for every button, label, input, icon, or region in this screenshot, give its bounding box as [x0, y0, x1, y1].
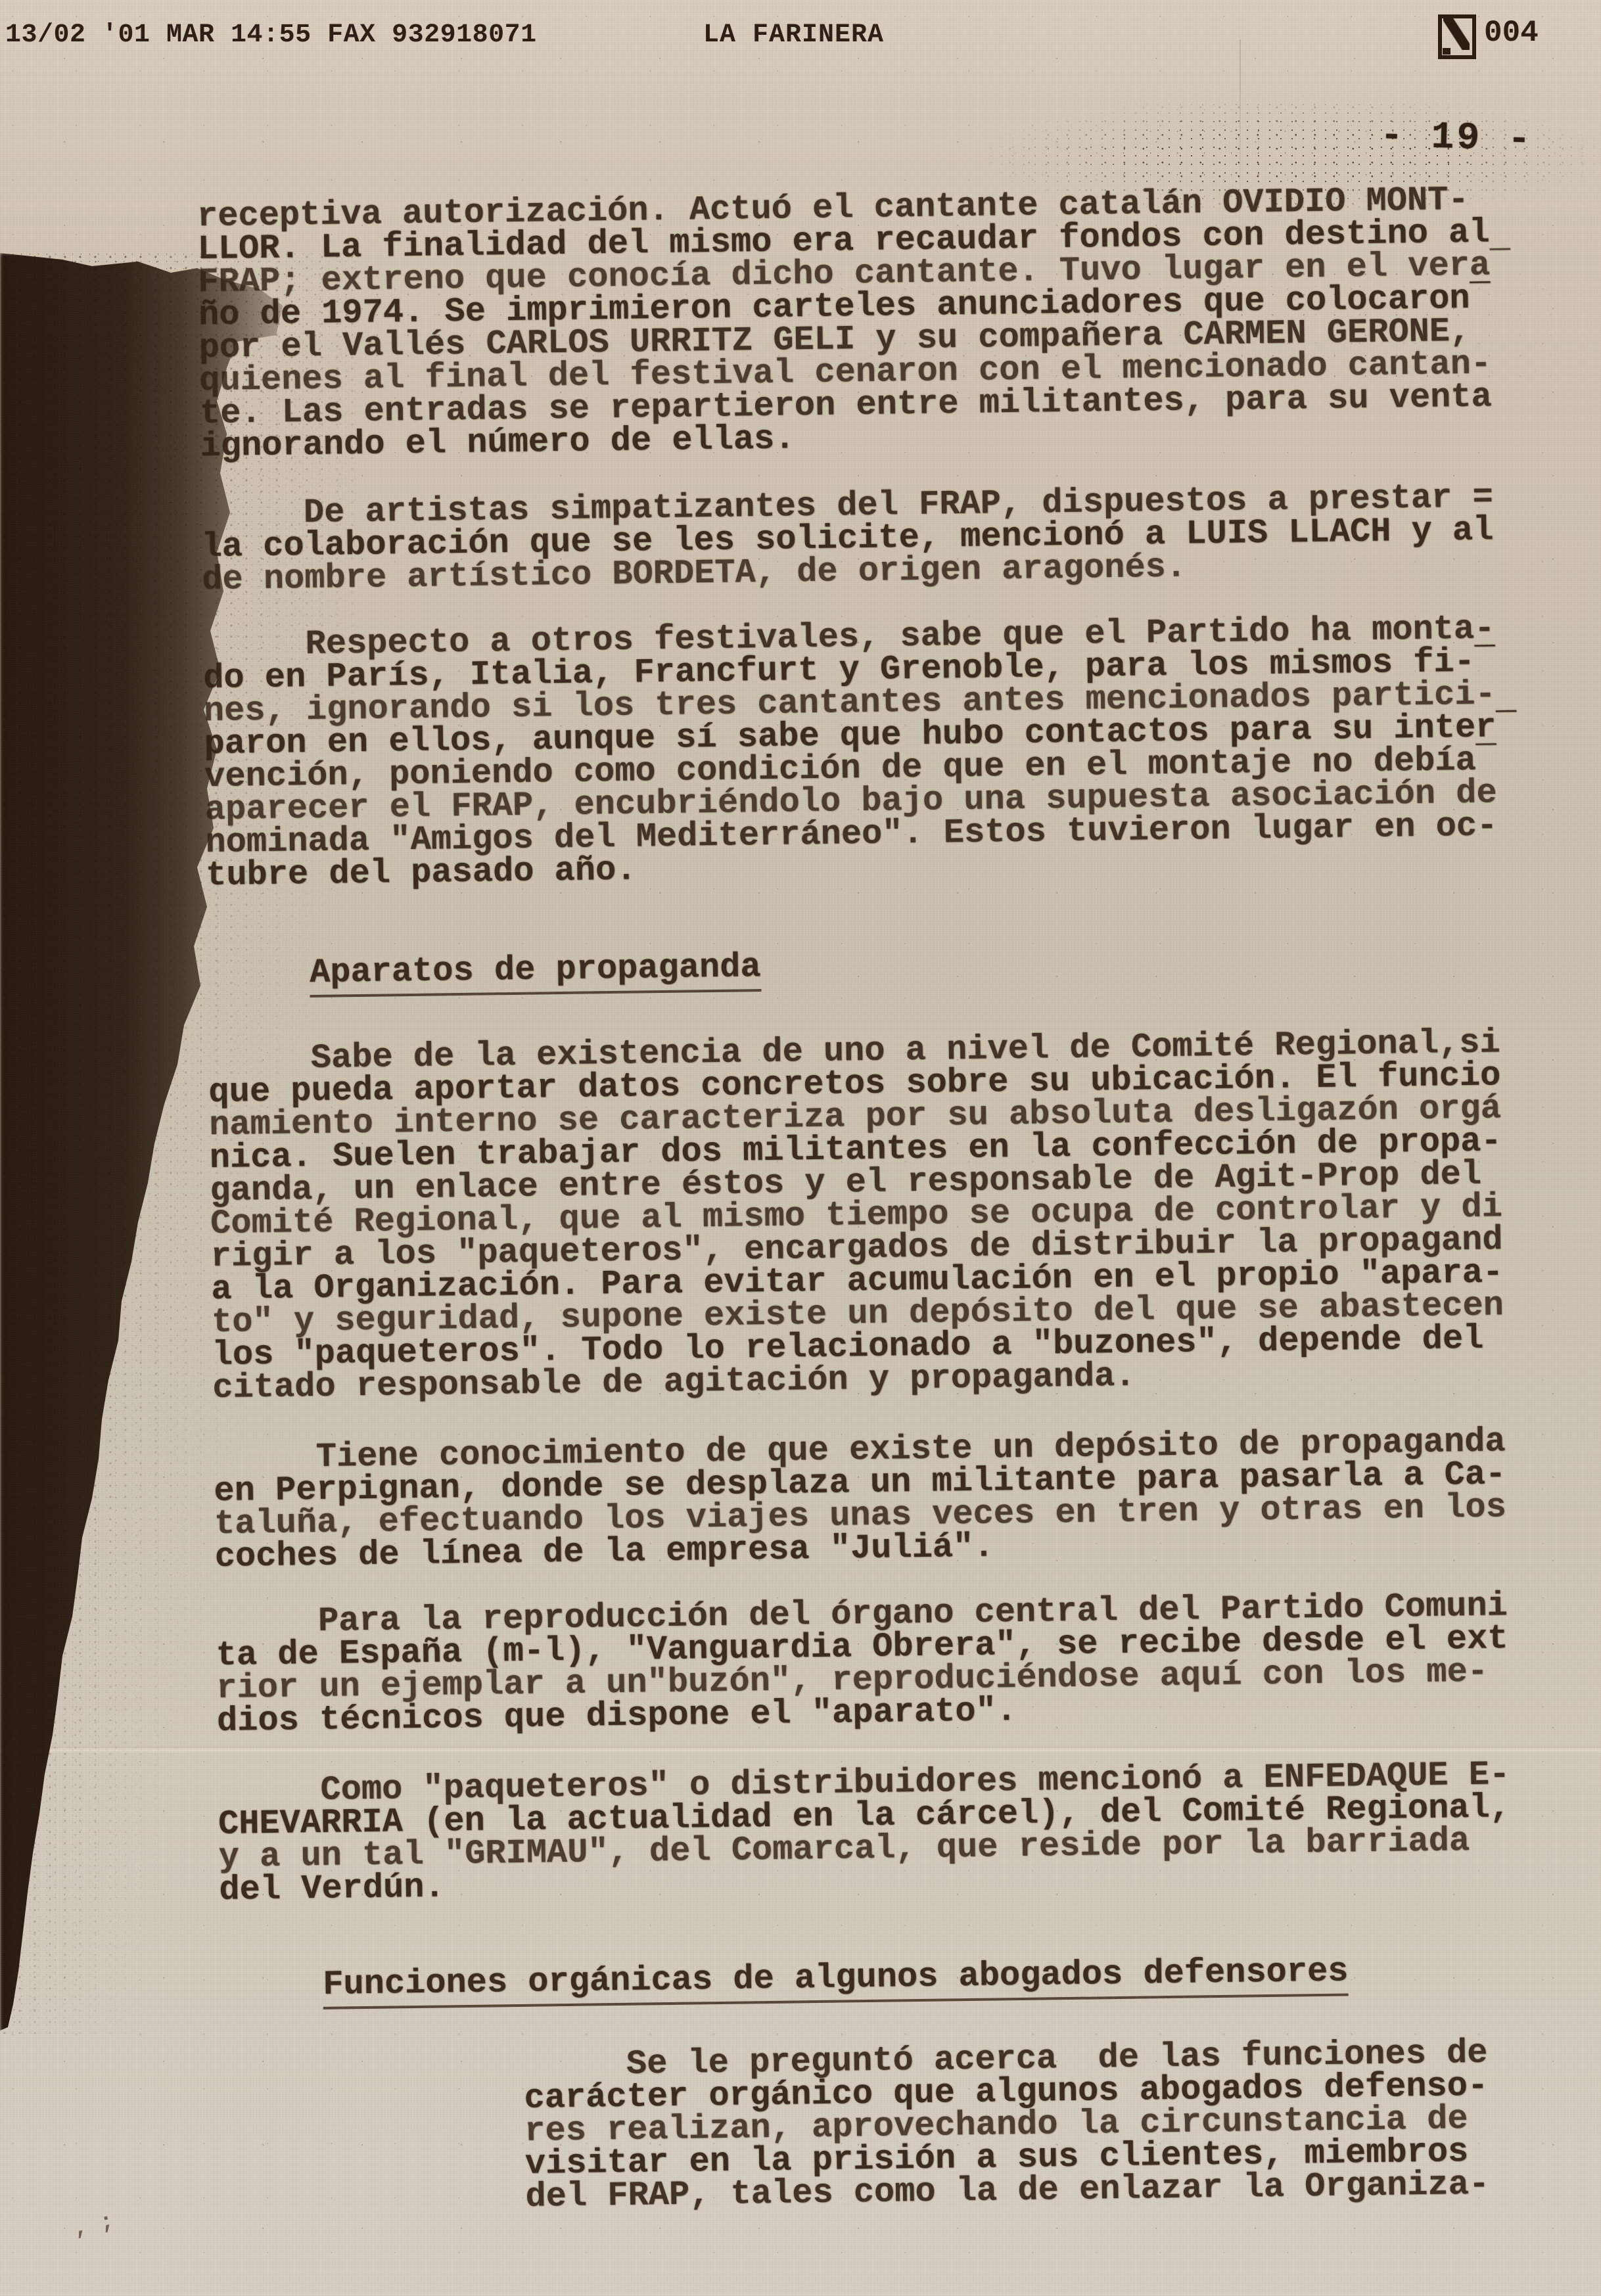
fax-sender-name: LA FARINERA	[703, 20, 884, 51]
scanned-fax-page: { "fax_header": { "timestamp": "13/02 '0…	[0, 0, 1601, 2296]
paragraph-vanguardia-obrera: Para la reproducción del órgano central …	[216, 1590, 1509, 1738]
section-heading-abogados-defensores: Funciones orgánicas de algunos abogados …	[323, 1955, 1349, 2009]
paragraph-comite-regional: Sabe de la existencia de uno a nivel de …	[208, 1026, 1505, 1405]
paragraph-perpignan: Tiene conocimiento de que existe un depó…	[213, 1425, 1506, 1574]
fax-header: 13/02 '01 MAR 14:55 FAX 932918071 LA FAR…	[0, 20, 1601, 66]
paragraph-otros-festivales: Respecto a otros festivales, sabe que el…	[202, 612, 1518, 892]
paragraph-abogados: Se le preguntó acerca de las funciones d…	[524, 2037, 1490, 2214]
fax-page-count: 004	[1484, 17, 1539, 49]
text-line: del FRAP, tales como la de enlazar la Or…	[525, 2169, 1489, 2214]
page-number: - 19 -	[1380, 115, 1534, 162]
paragraph-paqueteros: Como "paqueteros" o distribuidores menci…	[218, 1758, 1511, 1907]
fax-page-icon	[1438, 14, 1476, 59]
section-heading-aparatos-propaganda: Aparatos de propaganda	[310, 951, 761, 998]
fax-timestamp: 13/02 '01 MAR 14:55 FAX 932918071	[5, 20, 537, 51]
scan-noise-band	[184, 268, 1597, 380]
paragraph-artistas: De artistas simpatizantes del FRAP, disp…	[201, 481, 1495, 597]
